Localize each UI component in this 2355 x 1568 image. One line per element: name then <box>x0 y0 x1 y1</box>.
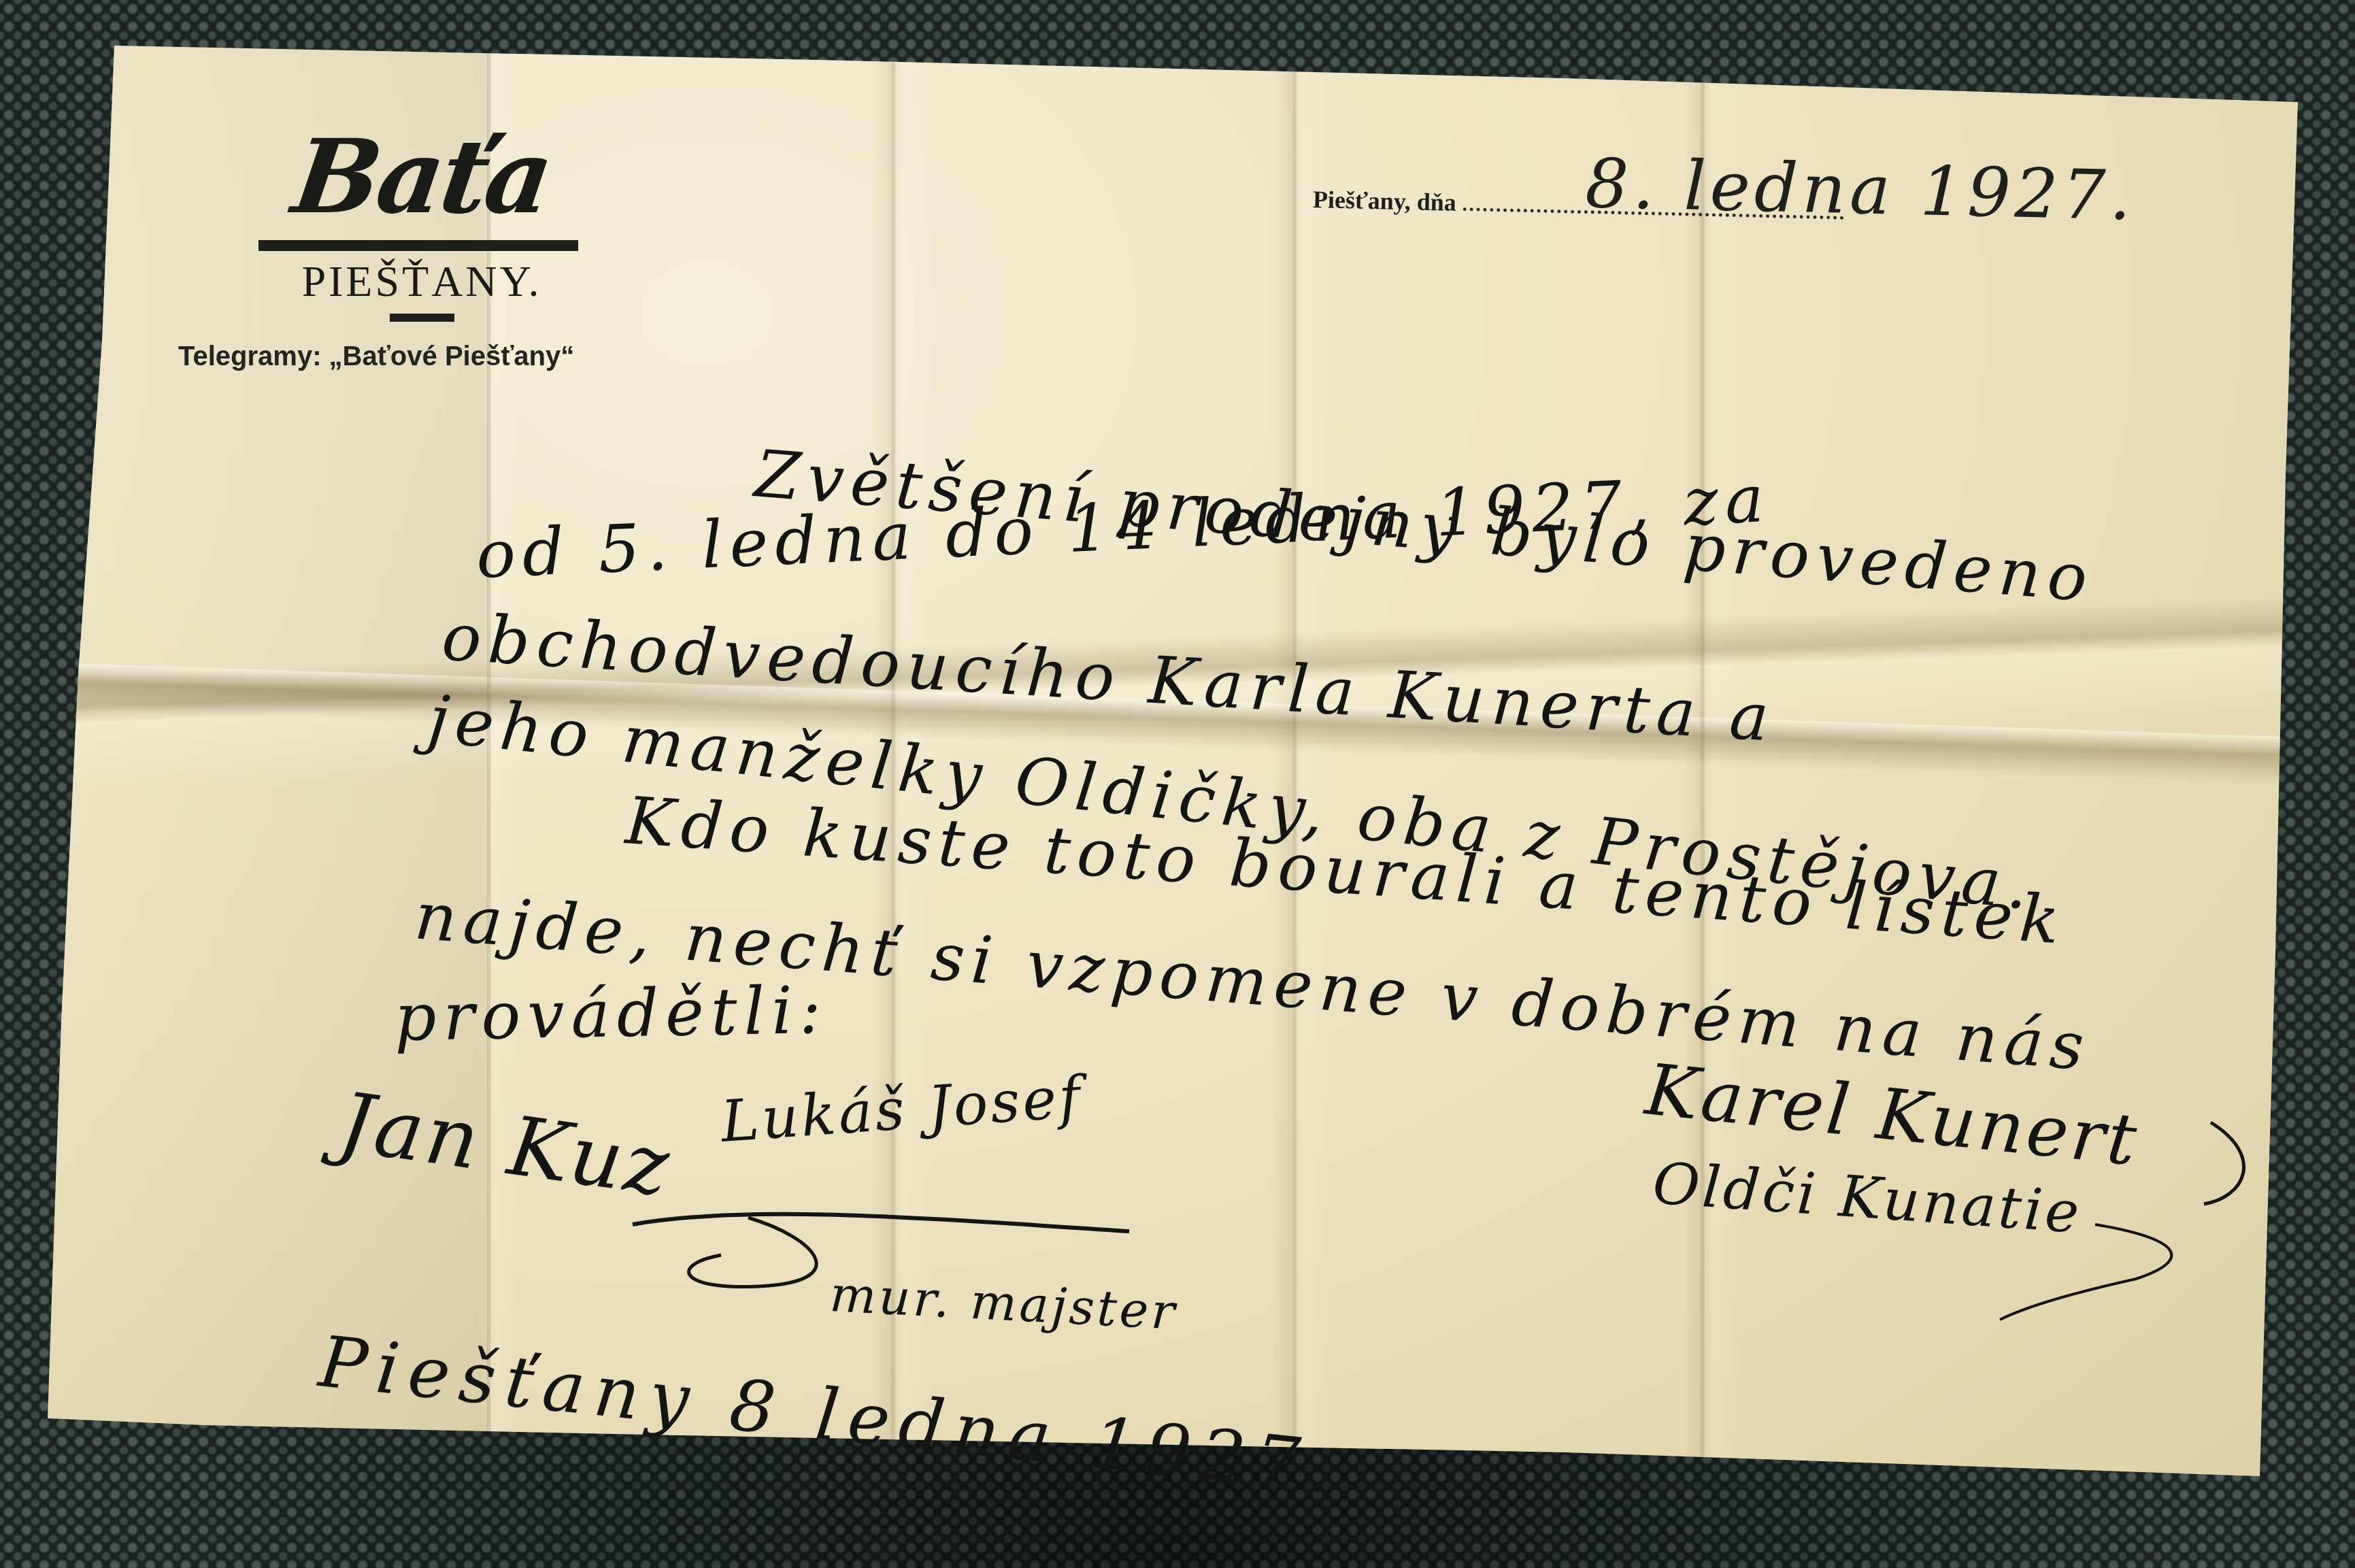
vertical-fold <box>1292 41 1297 1469</box>
telegram-address: Telegramy: „Baťové Piešťany“ <box>178 341 574 372</box>
body-line: provádětli: <box>394 972 829 1056</box>
letterhead: Baťa PIEŠŤANY. <box>258 126 585 337</box>
dateline-value: 8. ledna 1927. <box>1584 144 2136 235</box>
dateline-label: Piešťany, dňa <box>1313 186 1457 216</box>
brand-logo: Baťa <box>287 126 556 228</box>
divider <box>390 314 454 322</box>
letterhead-city: PIEŠŤANY. <box>258 256 585 307</box>
vertical-fold <box>1701 41 1705 1469</box>
divider <box>258 240 578 251</box>
